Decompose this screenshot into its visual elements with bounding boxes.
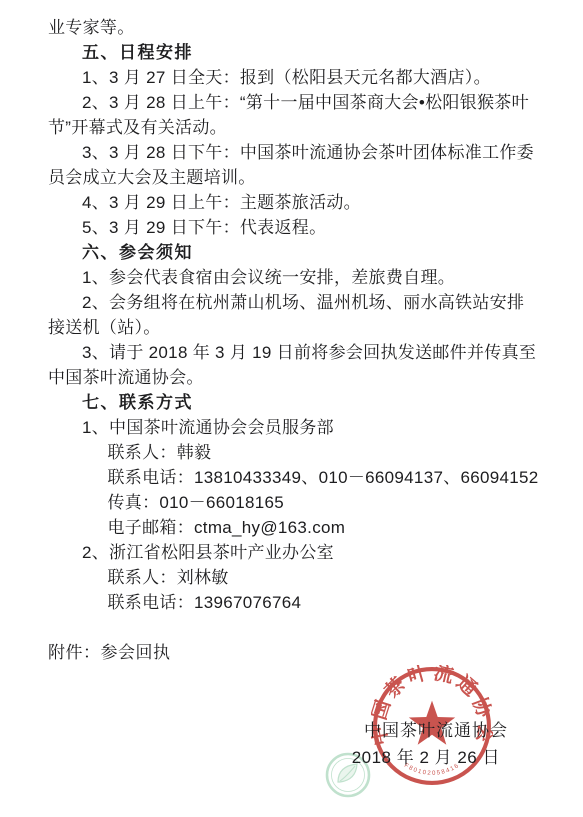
document-line: 3、3 月 28 日下午：中国茶叶流通协会茶叶团体标准工作委	[48, 140, 541, 165]
document-line: 联系电话：13967076764	[48, 590, 541, 615]
document-line: 4、3 月 29 日上午：主题茶旅活动。	[48, 190, 541, 215]
document-line: 五、日程安排	[48, 40, 541, 65]
document-line: 2、3 月 28 日上午：“第十一届中国茶商大会•松阳银猴茶叶	[48, 90, 541, 115]
document-line: 1、3 月 27 日全天：报到（松阳县天元名都大酒店）。	[48, 65, 541, 90]
document-line: 2、会务组将在杭州萧山机场、温州机场、丽水高铁站安排	[48, 290, 541, 315]
document-line: 中国茶叶流通协会。	[48, 365, 541, 390]
signature-org: 中国茶叶流通协会	[352, 718, 508, 744]
document-line: 员会成立大会及主题培训。	[48, 165, 541, 190]
document-line: 2、浙江省松阳县茶叶产业办公室	[48, 540, 541, 565]
document-line: 联系电话：13810433349、010－66094137、66094152	[48, 465, 541, 490]
document-line: 联系人：刘林敏	[48, 565, 541, 590]
attachment-line: 附件：参会回执	[48, 640, 171, 665]
document-line: 联系人：韩毅	[48, 440, 541, 465]
signature-block: 中国茶叶流通协会 2018 年 2 月 26 日	[352, 718, 508, 772]
signature-date: 2018 年 2 月 26 日	[352, 744, 508, 772]
document-body: 业专家等。五、日程安排1、3 月 27 日全天：报到（松阳县天元名都大酒店）。2…	[48, 15, 541, 615]
document-line: 5、3 月 29 日下午：代表返程。	[48, 215, 541, 240]
document-line: 传真：010－66018165	[48, 490, 541, 515]
document-line: 1、参会代表食宿由会议统一安排，差旅费自理。	[48, 265, 541, 290]
document-line: 1、中国茶叶流通协会会员服务部	[48, 415, 541, 440]
document-line: 接送机（站）。	[48, 315, 541, 340]
document-line: 电子邮箱：ctma_hy@163.com	[48, 515, 541, 540]
document-line: 节”开幕式及有关活动。	[48, 115, 541, 140]
document-line: 六、参会须知	[48, 240, 541, 265]
document-line: 3、请于 2018 年 3 月 19 日前将参会回执发送邮件并传真至	[48, 340, 541, 365]
document-line: 业专家等。	[48, 15, 541, 40]
document-page: 业专家等。五、日程安排1、3 月 27 日全天：报到（松阳县天元名都大酒店）。2…	[0, 0, 583, 817]
document-line: 七、联系方式	[48, 390, 541, 415]
